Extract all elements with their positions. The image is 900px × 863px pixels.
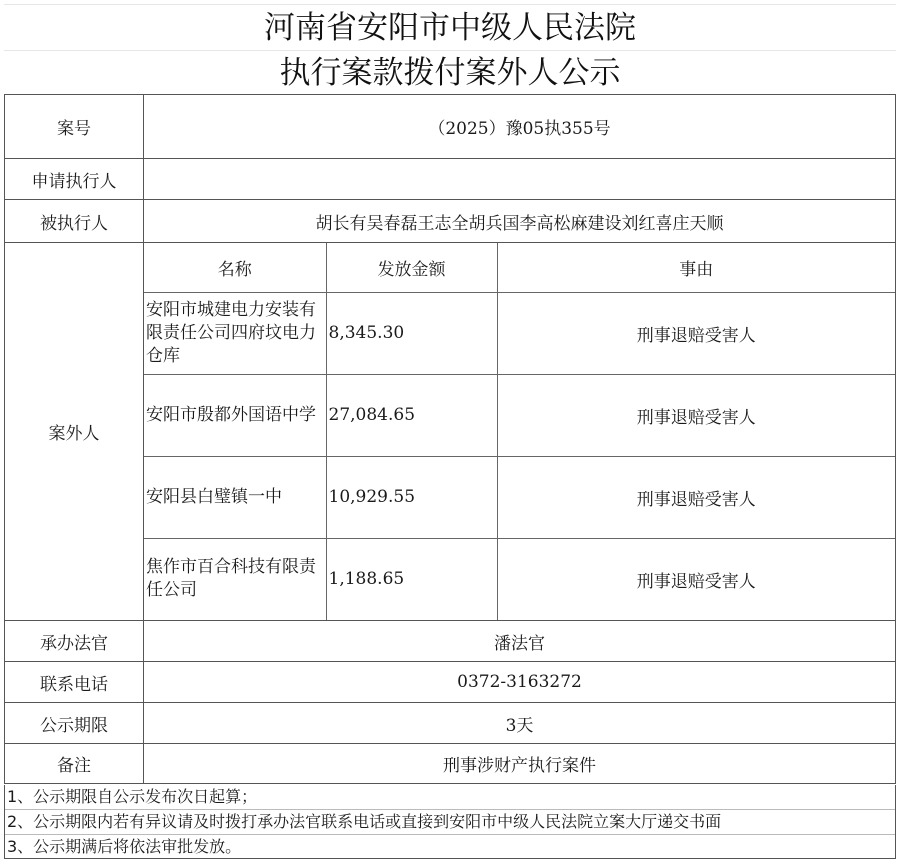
applicant-value: [144, 159, 896, 200]
payee-name: 安阳市城建电力安装有限责任公司四府坟电力仓库: [144, 292, 326, 374]
payee-reason: 刑事退赔受害人: [497, 456, 895, 538]
row-period: 公示期限 3天: [5, 703, 896, 744]
payee-amount: 8,345.30: [326, 292, 497, 374]
case-no-value: （2025）豫05执355号: [144, 95, 896, 159]
payee-amount: 27,084.65: [326, 374, 497, 456]
payee-reason: 刑事退赔受害人: [497, 374, 895, 456]
notice-title: 执行案款拨付案外人公示: [4, 50, 896, 94]
row-phone: 联系电话 0372-3163272: [5, 662, 896, 703]
remark-value: 刑事涉财产执行案件: [144, 744, 896, 784]
row-respondent: 被执行人 胡长有吴春磊王志全胡兵国李高松麻建设刘红喜庄天顺: [5, 200, 896, 243]
payee-reason: 刑事退赔受害人: [497, 292, 895, 374]
col-name-header: 名称: [144, 243, 326, 292]
judge-label: 承办法官: [5, 621, 144, 662]
payee-amount: 10,929.55: [326, 456, 497, 538]
third-party-label: 案外人: [5, 243, 144, 621]
payee-name: 安阳县白璧镇一中: [144, 456, 326, 538]
table-row: 安阳市殷都外国语中学 27,084.65 刑事退赔受害人: [144, 374, 895, 456]
row-remark: 备注 刑事涉财产执行案件: [5, 744, 896, 784]
respondent-value: 胡长有吴春磊王志全胡兵国李高松麻建设刘红喜庄天顺: [144, 200, 896, 243]
row-case-no: 案号 （2025）豫05执355号: [5, 95, 896, 159]
payee-name: 焦作市百合科技有限责任公司: [144, 538, 326, 620]
court-title: 河南省安阳市中级人民法院: [4, 4, 896, 50]
judge-value: 潘法官: [144, 621, 896, 662]
notes-section: 1、公示期限自公示发布次日起算； 2、公示期限内若有异议请及时拨打承办法官联系电…: [4, 785, 896, 859]
third-party-table: 名称 发放金额 事由 安阳市城建电力安装有限责任公司四府坟电力仓库 8,345.…: [144, 243, 895, 620]
payee-reason: 刑事退赔受害人: [497, 538, 895, 620]
remark-label: 备注: [5, 744, 144, 784]
phone-value: 0372-3163272: [144, 662, 896, 703]
note-item: 2、公示期限内若有异议请及时拨打承办法官联系电话或直接到安阳市中级人民法院立案大…: [5, 810, 895, 835]
table-row: 安阳市城建电力安装有限责任公司四府坟电力仓库 8,345.30 刑事退赔受害人: [144, 292, 895, 374]
third-party-header: 名称 发放金额 事由: [144, 243, 895, 292]
row-judge: 承办法官 潘法官: [5, 621, 896, 662]
col-amount-header: 发放金额: [326, 243, 497, 292]
note-item: 1、公示期限自公示发布次日起算；: [5, 785, 895, 810]
table-row: 安阳县白璧镇一中 10,929.55 刑事退赔受害人: [144, 456, 895, 538]
row-third-party: 案外人 名称 发放金额 事由 安阳市城建电力安装有限责任公司四府坟电力仓库 8,…: [5, 243, 896, 621]
case-no-label: 案号: [5, 95, 144, 159]
notice-table: 案号 （2025）豫05执355号 申请执行人 被执行人 胡长有吴春磊王志全胡兵…: [4, 94, 896, 784]
table-row: 焦作市百合科技有限责任公司 1,188.65 刑事退赔受害人: [144, 538, 895, 620]
payee-name: 安阳市殷都外国语中学: [144, 374, 326, 456]
payee-amount: 1,188.65: [326, 538, 497, 620]
phone-label: 联系电话: [5, 662, 144, 703]
col-reason-header: 事由: [497, 243, 895, 292]
row-applicant: 申请执行人: [5, 159, 896, 200]
respondent-label: 被执行人: [5, 200, 144, 243]
period-label: 公示期限: [5, 703, 144, 744]
applicant-label: 申请执行人: [5, 159, 144, 200]
note-item: 3、公示期满后将依法审批发放。: [5, 835, 895, 859]
period-value: 3天: [144, 703, 896, 744]
